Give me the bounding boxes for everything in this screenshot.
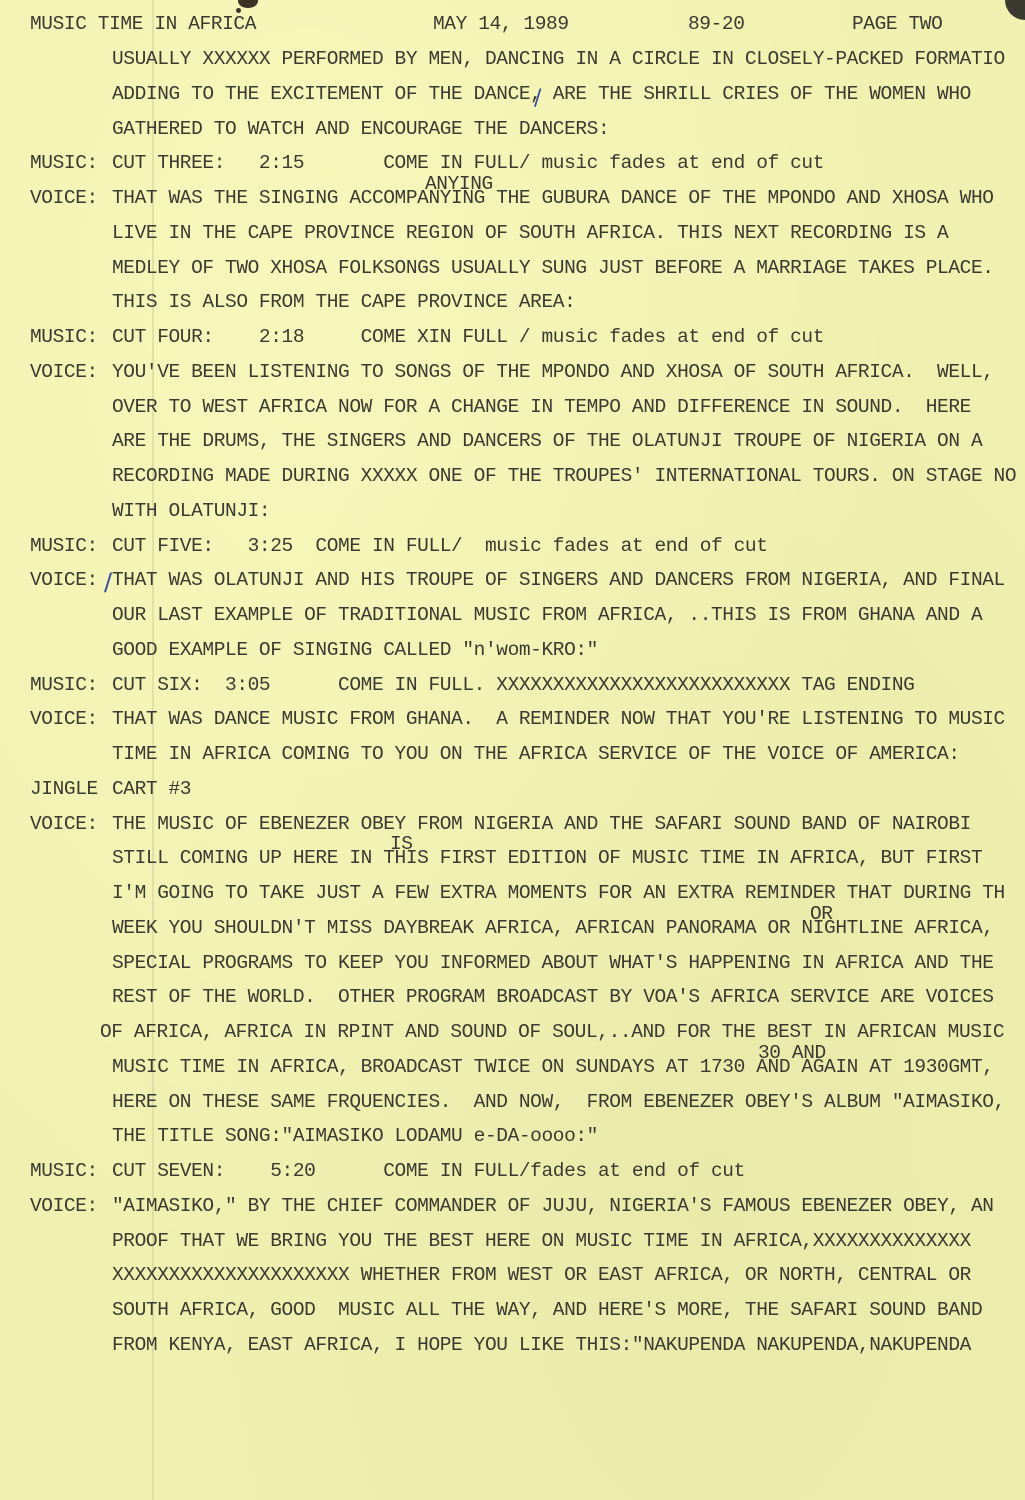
line-text: USUALLY XXXXXX PERFORMED BY MEN, DANCING… (112, 47, 1005, 71)
pen-mark-slash: / (534, 86, 541, 111)
line-text: RECORDING MADE DURING XXXXX ONE OF THE T… (112, 464, 1016, 488)
line-text: LIVE IN THE CAPE PROVINCE REGION OF SOUT… (112, 221, 948, 245)
cue-label: MUSIC: (30, 534, 98, 558)
line-text: ADDING TO THE EXCITEMENT OF THE DANCE, A… (112, 82, 971, 106)
line-text: OUR LAST EXAMPLE OF TRADITIONAL MUSIC FR… (112, 603, 982, 627)
line-text: TIME IN AFRICA COMING TO YOU ON THE AFRI… (112, 742, 960, 766)
line-text: REST OF THE WORLD. OTHER PROGRAM BROADCA… (112, 985, 994, 1009)
page-number: PAGE TWO (852, 13, 942, 35)
program-number: 89-20 (688, 13, 745, 35)
line-text: CUT SIX: 3:05 COME IN FULL. XXXXXXXXXXXX… (112, 673, 914, 697)
line-text: GATHERED TO WATCH AND ENCOURAGE THE DANC… (112, 117, 609, 141)
line-text: THIS IS ALSO FROM THE CAPE PROVINCE AREA… (112, 290, 575, 314)
line-text: "AIMASIKO," BY THE CHIEF COMMANDER OF JU… (112, 1194, 994, 1218)
line-text: MEDLEY OF TWO XHOSA FOLKSONGS USUALLY SU… (112, 256, 994, 280)
program-title: MUSIC TIME IN AFRICA (30, 13, 256, 35)
line-text: WITH OLATUNJI: (112, 499, 270, 523)
line-text: OVER TO WEST AFRICA NOW FOR A CHANGE IN … (112, 395, 971, 419)
line-text: CUT FIVE: 3:25 COME IN FULL/ music fades… (112, 534, 768, 558)
line-text: MUSIC TIME IN AFRICA, BROADCAST TWICE ON… (112, 1055, 994, 1079)
line-text: THAT WAS OLATUNJI AND HIS TROUPE OF SING… (112, 568, 1005, 592)
cue-label: MUSIC: (30, 151, 98, 175)
line-text: I'M GOING TO TAKE JUST A FEW EXTRA MOMEN… (112, 881, 1005, 905)
interlinear-correction: OR (810, 902, 833, 926)
ink-stain (238, 0, 258, 8)
interlinear-correction: 30 AND (758, 1041, 826, 1065)
cue-label: MUSIC: (30, 1159, 98, 1183)
cue-label: VOICE: (30, 812, 98, 836)
line-text: CUT FOUR: 2:18 COME XIN FULL / music fad… (112, 325, 824, 349)
line-text: WEEK YOU SHOULDN'T MISS DAYBREAK AFRICA,… (112, 916, 994, 940)
interlinear-correction: IS (390, 832, 413, 856)
line-text: XXXXXXXXXXXXXXXXXXXXX WHETHER FROM WEST … (112, 1263, 971, 1287)
cue-label: VOICE: (30, 568, 98, 592)
line-text: SPECIAL PROGRAMS TO KEEP YOU INFORMED AB… (112, 951, 994, 975)
broadcast-date: MAY 14, 1989 (433, 13, 569, 35)
interlinear-correction: ANYING (425, 172, 493, 196)
line-text: FROM KENYA, EAST AFRICA, I HOPE YOU LIKE… (112, 1333, 971, 1357)
line-text: YOU'VE BEEN LISTENING TO SONGS OF THE MP… (112, 360, 994, 384)
cue-label: VOICE: (30, 707, 98, 731)
cue-label: MUSIC: (30, 325, 98, 349)
page-corner-shadow (1005, 0, 1025, 20)
cue-label: JINGLE (30, 777, 98, 801)
cue-label: VOICE: (30, 1194, 98, 1218)
line-text: GOOD EXAMPLE OF SINGING CALLED "n'wom-KR… (112, 638, 598, 662)
line-text: HERE ON THESE SAME FRQUENCIES. AND NOW, … (112, 1090, 1005, 1114)
line-text: CART #3 (112, 777, 191, 801)
line-text: SOUTH AFRICA, GOOD MUSIC ALL THE WAY, AN… (112, 1298, 982, 1322)
line-text: STILL COMING UP HERE IN THIS FIRST EDITI… (112, 846, 982, 870)
line-text: THAT WAS THE SINGING ACCOMPANYING THE GU… (112, 186, 994, 210)
cue-label: VOICE: (30, 186, 98, 210)
cue-label: VOICE: (30, 360, 98, 384)
pen-check-mark: / (104, 568, 112, 596)
line-text: THE MUSIC OF EBENEZER OBEY FROM NIGERIA … (112, 812, 971, 836)
line-text: PROOF THAT WE BRING YOU THE BEST HERE ON… (112, 1229, 971, 1253)
line-text: THAT WAS DANCE MUSIC FROM GHANA. A REMIN… (112, 707, 1005, 731)
line-text: OF AFRICA, AFRICA IN RPINT AND SOUND OF … (100, 1020, 1004, 1044)
line-text: THE TITLE SONG:"AIMASIKO LODAMU e-DA-ooo… (112, 1124, 598, 1148)
line-text: ARE THE DRUMS, THE SINGERS AND DANCERS O… (112, 429, 982, 453)
cue-label: MUSIC: (30, 673, 98, 697)
line-text: CUT SEVEN: 5:20 COME IN FULL/fades at en… (112, 1159, 745, 1183)
